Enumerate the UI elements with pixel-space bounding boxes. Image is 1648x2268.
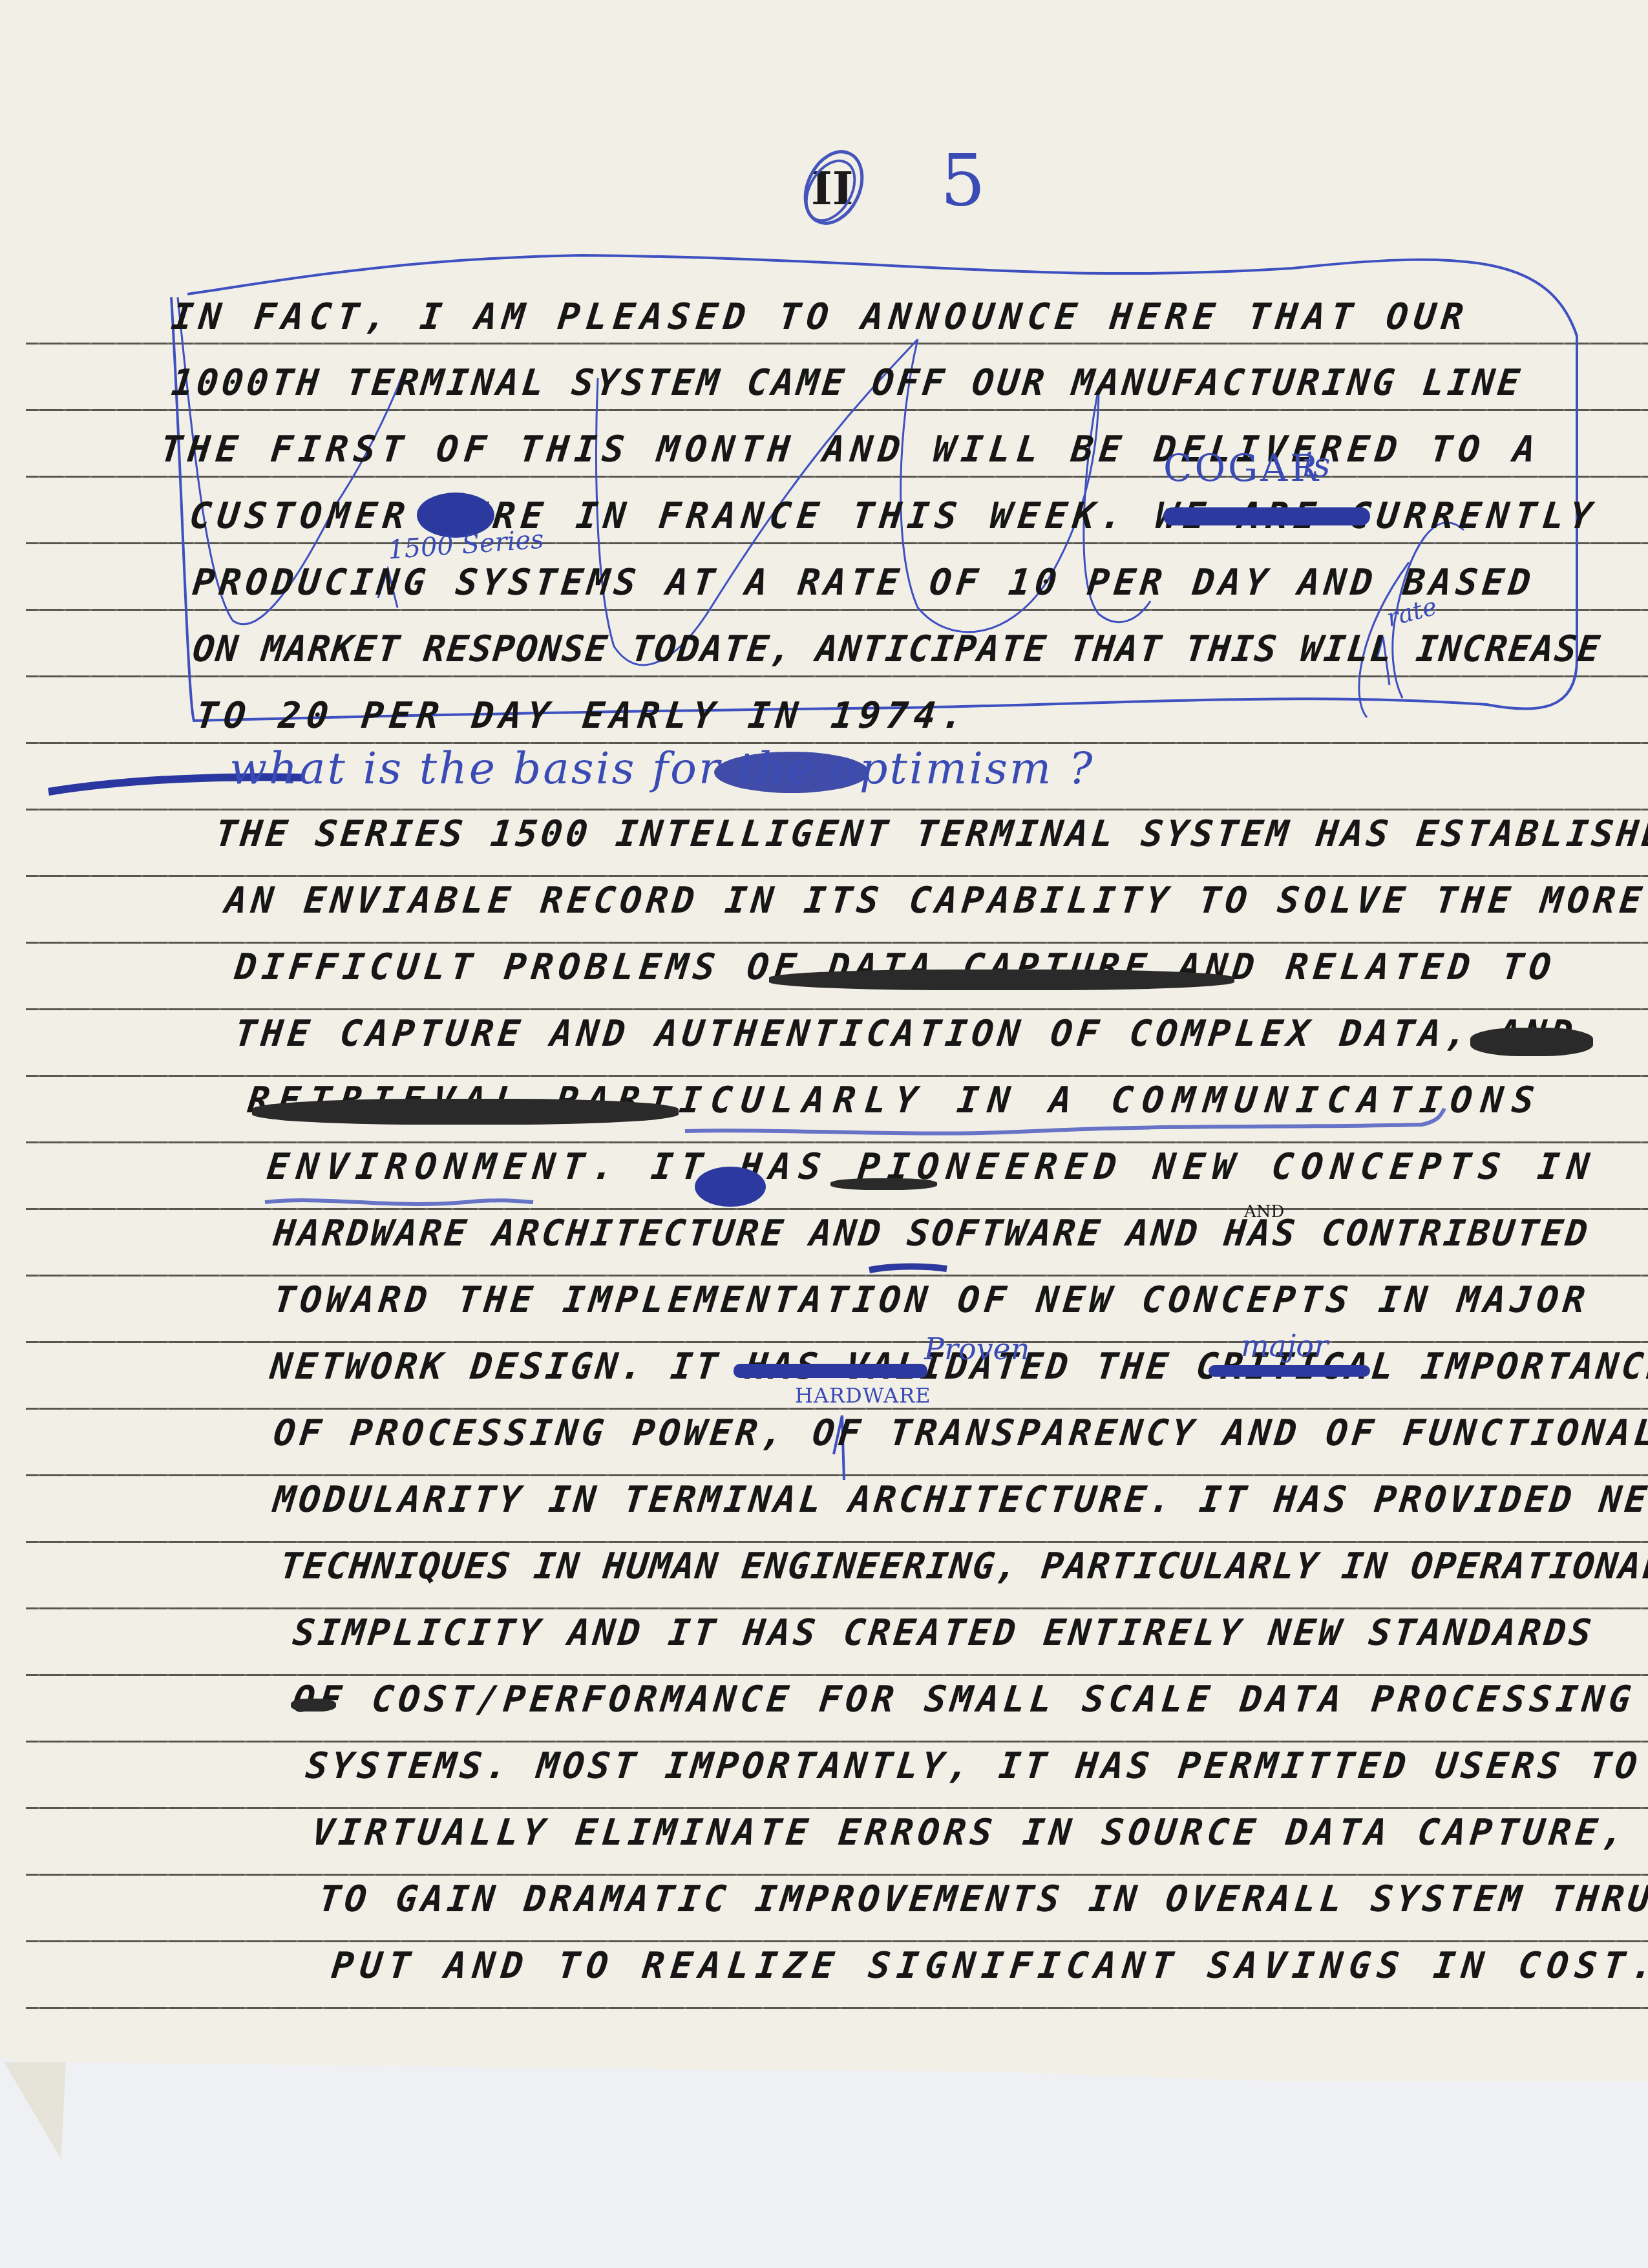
para2-line-8: TOWARD THE IMPLEMENTATION OF NEW CONCEPT… bbox=[271, 1279, 1592, 1321]
para1-line-2: 1000TH TERMINAL SYSTEM CAME OFF OUR MANU… bbox=[169, 362, 1525, 404]
para1-line-7: TO 20 PER DAY EARLY IN 1974. bbox=[194, 695, 971, 737]
insert-major: major bbox=[1241, 1328, 1328, 1363]
annotation-overlay bbox=[0, 0, 1648, 2268]
struck-word-of bbox=[291, 1699, 336, 1712]
struck-word-validated bbox=[734, 1364, 927, 1378]
para2-line-12: TECHNIQUES IN HUMAN ENGINEERING, PARTICU… bbox=[278, 1545, 1648, 1587]
insert-proven: Proven bbox=[924, 1331, 1030, 1366]
para2-line-11: MODULARITY IN TERMINAL ARCHITECTURE. IT … bbox=[271, 1479, 1648, 1521]
insert-is: is bbox=[1302, 446, 1330, 485]
para1-line-3: THE FIRST OF THIS MONTH AND WILL BE DELI… bbox=[158, 429, 1543, 471]
para2-line-2: AN ENVIABLE RECORD IN ITS CAPABILITY TO … bbox=[223, 880, 1648, 922]
para2-line-15: SYSTEMS. MOST IMPORTANTLY, IT HAS PERMIT… bbox=[304, 1745, 1643, 1787]
struck-word-new bbox=[830, 1178, 937, 1190]
page-number: 5 bbox=[940, 139, 986, 222]
margin-question: what is the basis for the optimism ? bbox=[229, 743, 1094, 794]
struck-word-has bbox=[695, 1167, 766, 1207]
para2-line-4: THE CAPTURE AND AUTHENTICATION OF COMPLE… bbox=[233, 1013, 1579, 1055]
para2-line-7: HARDWARE ARCHITECTURE AND SOFTWARE AND H… bbox=[271, 1213, 1592, 1255]
struck-word-critical bbox=[1209, 1365, 1370, 1377]
insert-hardware: HARDWARE bbox=[795, 1383, 931, 1408]
struck-word-retrieval bbox=[252, 1099, 679, 1125]
para1-line-5: PRODUCING SYSTEMS AT A RATE OF 10 PER DA… bbox=[191, 562, 1537, 604]
para2-line-13: SIMPLICITY AND IT HAS CREATED ENTIRELY N… bbox=[291, 1612, 1596, 1654]
para1-line-4: CUSTOMER HERE IN FRANCE THIS WEEK. WE AR… bbox=[187, 495, 1600, 537]
para1-line-1: IN FACT, I AM PLEASED TO ANNOUNCE HERE T… bbox=[169, 296, 1471, 338]
para2-line-14: OF COST/PERFORMANCE FOR SMALL SCALE DATA… bbox=[291, 1679, 1637, 1721]
insert-and: AND bbox=[1244, 1202, 1284, 1222]
struck-words-data-capture-and bbox=[769, 970, 1234, 990]
para2-line-1: THE SERIES 1500 INTELLIGENT TERMINAL SYS… bbox=[213, 813, 1648, 855]
struck-words-we-are bbox=[1163, 507, 1370, 525]
para2-line-18: PUT AND TO REALIZE SIGNIFICANT SAVINGS I… bbox=[330, 1945, 1648, 1987]
insert-cogar: COGAR bbox=[1163, 446, 1321, 490]
para2-line-10: OF PROCESSING POWER, OF TRANSPARENCY AND… bbox=[271, 1412, 1648, 1454]
para1-line-6: ON MARKET RESPONSE TODATE, ANTICIPATE TH… bbox=[191, 628, 1603, 670]
struck-word-and bbox=[1470, 1028, 1593, 1056]
para2-line-16: VIRTUALLY ELIMINATE ERRORS IN SOURCE DAT… bbox=[310, 1812, 1631, 1854]
para2-line-17: TO GAIN DRAMATIC IMPROVEMENTS IN OVERALL… bbox=[317, 1878, 1648, 1920]
